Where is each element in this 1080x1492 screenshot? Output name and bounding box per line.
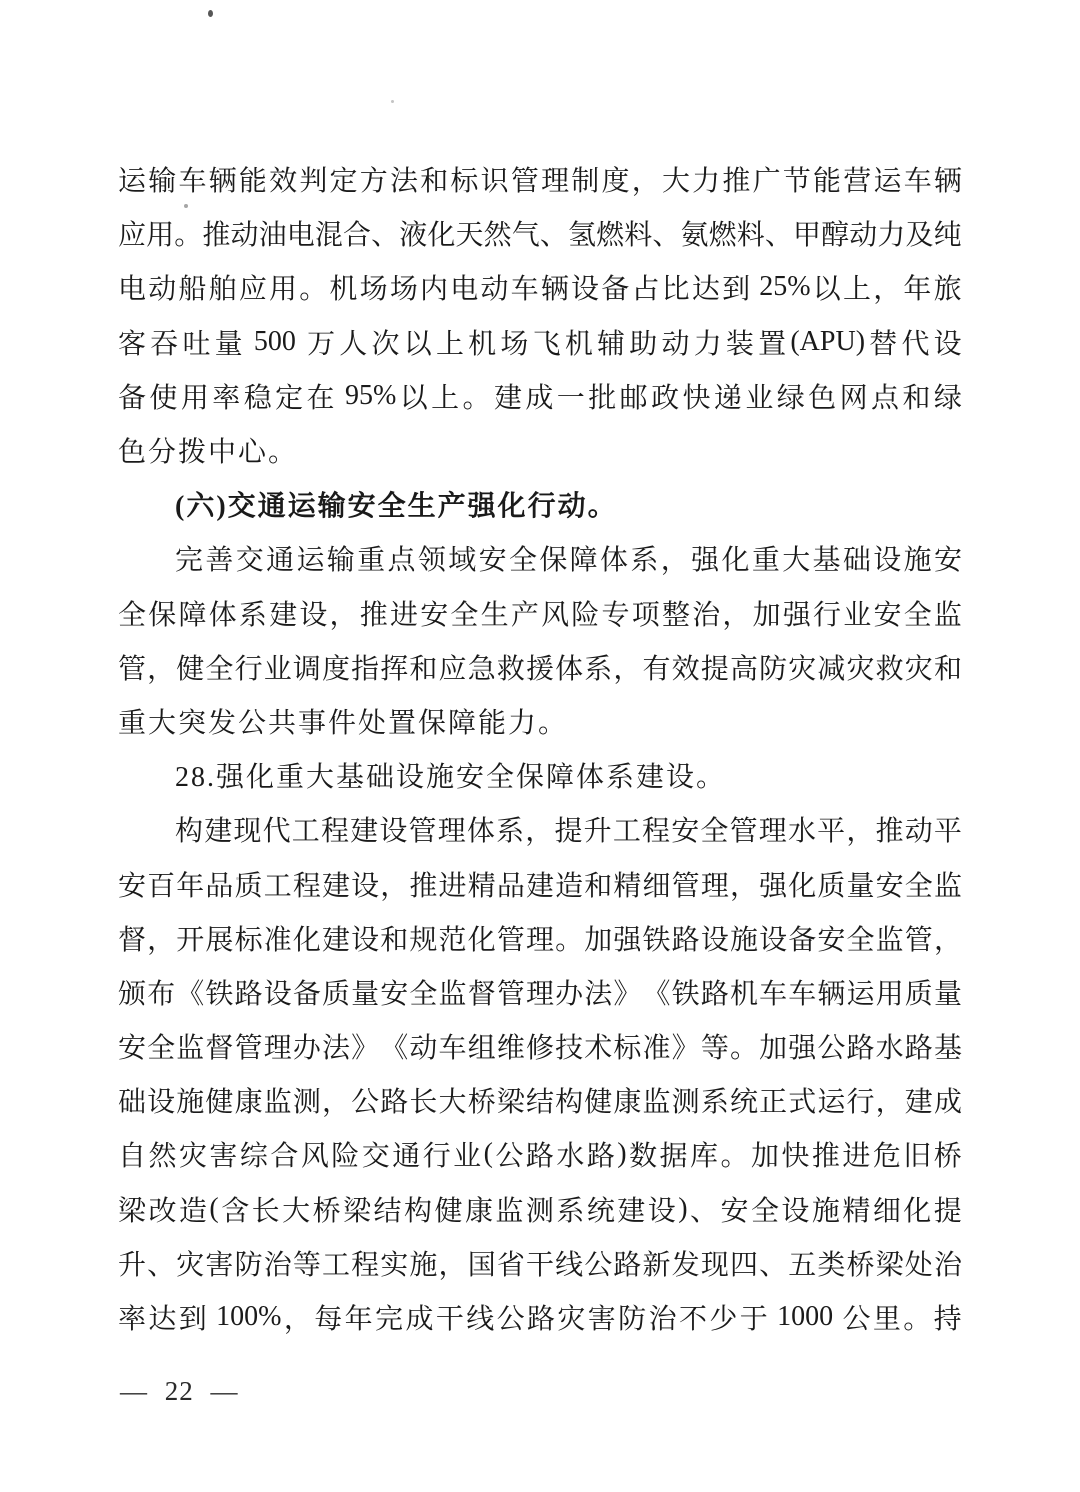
text-line: 安全监督管理办法》《动车组维修技术标准》等。加强公路水路基 [118,1019,962,1073]
text-line: 构建现代工程建设管理体系，提升工程安全管理水平，推动平 [118,802,962,856]
text-line: 升、灾害防治等工程实施，国省干线公路新发现四、五类桥梁处治 [118,1236,962,1290]
text-line: 色分拨中心。 [118,423,962,477]
text-line: 备使用率稳定在 95%以上。建成一批邮政快递业绿色网点和绿 [118,369,962,423]
text-line: 安百年品质工程建设，推进精品建造和精细管理，强化质量安全监 [118,856,962,910]
text-line: 完善交通运输重点领域安全保障体系，强化重大基础设施安 [118,531,962,585]
document-page: 运输车辆能效判定方法和标识管理制度，大力推广节能营运车辆应用。推动油电混合、液化… [0,0,1080,1492]
text-line: 运输车辆能效判定方法和标识管理制度，大力推广节能营运车辆 [118,152,962,206]
page-number: — 22 — [120,1376,239,1407]
text-line: 应用。推动油电混合、液化天然气、氢燃料、氨燃料、甲醇动力及纯 [118,206,962,260]
text-line: 督，开展标准化建设和规范化管理。加强铁路设施设备安全监管， [118,911,962,965]
text-line: 全保障体系建设，推进安全生产风险专项整治，加强行业安全监 [118,586,962,640]
text-line: 客吞吐量 500 万人次以上机场飞机辅助动力装置(APU)替代设 [118,315,962,369]
text-line: 管，健全行业调度指挥和应急救援体系，有效提高防灾减灾救灾和 [118,640,962,694]
text-line: 梁改造(含长大桥梁结构健康监测系统建设)、安全设施精细化提 [118,1182,962,1236]
text-line: 础设施健康监测，公路长大桥梁结构健康监测系统正式运行，建成 [118,1073,962,1127]
text-line: 重大突发公共事件处置保障能力。 [118,694,962,748]
scan-speck [391,100,394,103]
document-text-block: 运输车辆能效判定方法和标识管理制度，大力推广节能营运车辆应用。推动油电混合、液化… [118,152,962,1344]
text-line: 电动船舶应用。机场场内电动车辆设备占比达到 25%以上，年旅 [118,260,962,314]
text-line: 颁布《铁路设备质量安全监督管理办法》《铁路机车车辆运用质量 [118,965,962,1019]
text-line: 28.强化重大基础设施安全保障体系建设。 [118,748,962,802]
scan-speck [208,10,213,17]
text-line: 率达到 100%，每年完成干线公路灾害防治不少于 1000 公里。持 [118,1290,962,1344]
text-line: 自然灾害综合风险交通行业(公路水路)数据库。加快推进危旧桥 [118,1127,962,1181]
heading-line: (六)交通运输安全生产强化行动。 [118,477,962,531]
